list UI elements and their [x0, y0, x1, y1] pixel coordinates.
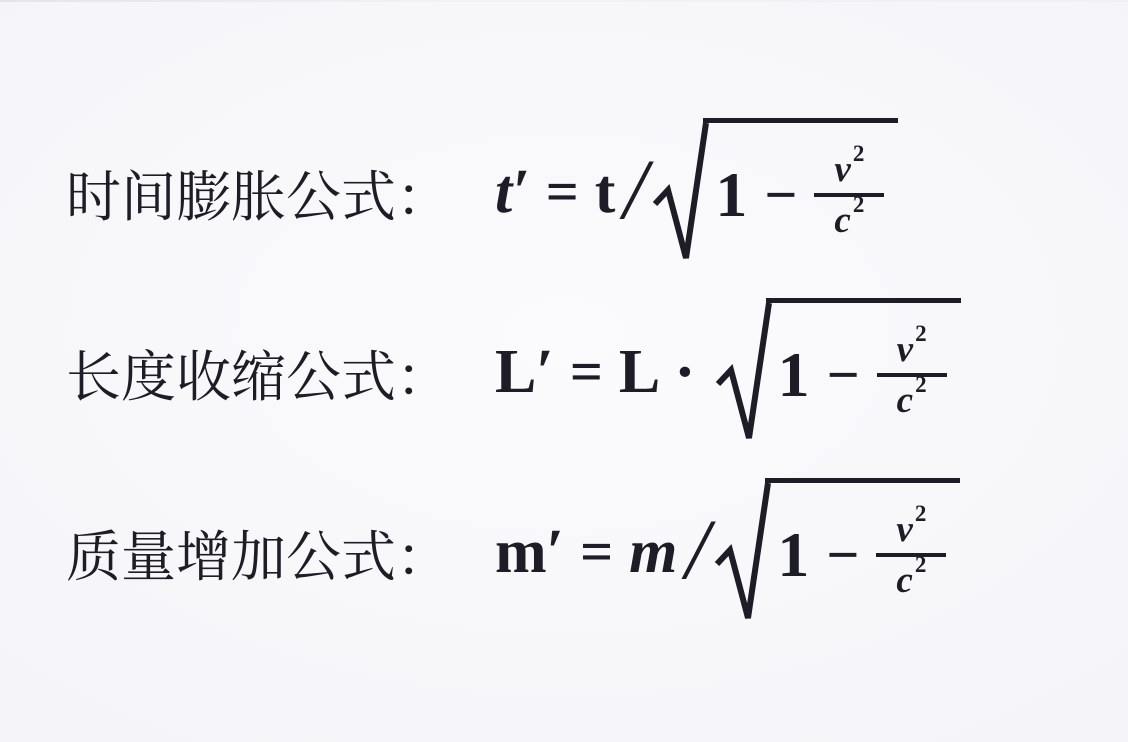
equals-sign: = — [546, 163, 579, 221]
radicand: 1 − v2 c2 — [765, 478, 960, 626]
lhs-symbol: m′ — [495, 521, 564, 583]
fraction-denominator: c2 — [892, 562, 930, 599]
lhs-symbol: L′ — [495, 341, 554, 403]
radicand: 1 − v2 c2 — [703, 118, 898, 266]
pre-radical-symbol: L — [619, 341, 660, 403]
radicand: 1 − v2 c2 — [766, 298, 961, 446]
denominator-base: c — [896, 562, 912, 599]
denominator-base: c — [897, 382, 913, 419]
fraction-numerator: v2 — [893, 331, 931, 368]
fraction-bar — [814, 193, 884, 197]
radical-sign-icon — [713, 478, 771, 626]
numerator-base: v — [896, 511, 912, 548]
minus-sign: − — [826, 526, 859, 584]
numerator-base: v — [834, 151, 850, 188]
denominator-exponent: 2 — [915, 553, 927, 576]
radical-sign-icon — [714, 298, 772, 446]
minus-sign: − — [827, 346, 860, 404]
pre-radical-symbol: m — [629, 521, 677, 583]
fraction-v2-over-c2: v2 c2 — [877, 331, 947, 419]
numerator-exponent: 2 — [853, 142, 865, 165]
denominator-exponent: 2 — [853, 193, 865, 216]
slide-page: 时间膨胀公式： t′ = t / 1 − v2 c2 — [0, 0, 1128, 742]
fraction-bar — [877, 373, 947, 377]
radical-sign-icon — [651, 118, 709, 266]
pre-radical-symbol: t — [595, 161, 616, 223]
division-slash: / — [623, 146, 647, 232]
formula-expression: m′ = m / 1 − v2 c2 — [495, 478, 960, 626]
radicand-one: 1 — [777, 523, 809, 587]
formula-label: 时间膨胀公式： — [66, 153, 451, 232]
minus-sign: − — [764, 166, 797, 224]
equals-sign: = — [570, 343, 603, 401]
fraction-numerator: v2 — [830, 151, 868, 188]
fraction-v2-over-c2: v2 c2 — [876, 511, 946, 599]
formula-row-time-dilation: 时间膨胀公式： t′ = t / 1 − v2 c2 — [0, 102, 1128, 282]
formula-expression: t′ = t / 1 − v2 c2 — [495, 118, 898, 266]
lhs-symbol: t′ — [495, 161, 530, 223]
square-root: 1 − v2 c2 — [714, 298, 961, 446]
fraction-bar — [876, 553, 946, 557]
formula-label: 质量增加公式： — [66, 513, 451, 592]
division-slash: / — [685, 506, 709, 592]
formula-row-length-contraction: 长度收缩公式： L′ = L · 1 − v2 c2 — [0, 282, 1128, 462]
square-root: 1 − v2 c2 — [713, 478, 960, 626]
denominator-exponent: 2 — [915, 373, 927, 396]
formula-label: 长度收缩公式： — [66, 333, 451, 412]
multiplication-dot: · — [674, 340, 695, 404]
radicand-one: 1 — [778, 343, 810, 407]
fraction-v2-over-c2: v2 c2 — [814, 151, 884, 239]
fraction-denominator: c2 — [830, 202, 868, 239]
numerator-exponent: 2 — [915, 322, 927, 345]
radicand-one: 1 — [715, 163, 747, 227]
numerator-exponent: 2 — [915, 502, 927, 525]
square-root: 1 − v2 c2 — [651, 118, 898, 266]
fraction-denominator: c2 — [893, 382, 931, 419]
equals-sign: = — [580, 523, 613, 581]
numerator-base: v — [897, 331, 913, 368]
formula-row-mass-increase: 质量增加公式： m′ = m / 1 − v2 c2 — [0, 462, 1128, 642]
formula-expression: L′ = L · 1 − v2 c2 — [495, 298, 961, 446]
denominator-base: c — [834, 202, 850, 239]
fraction-numerator: v2 — [892, 511, 930, 548]
